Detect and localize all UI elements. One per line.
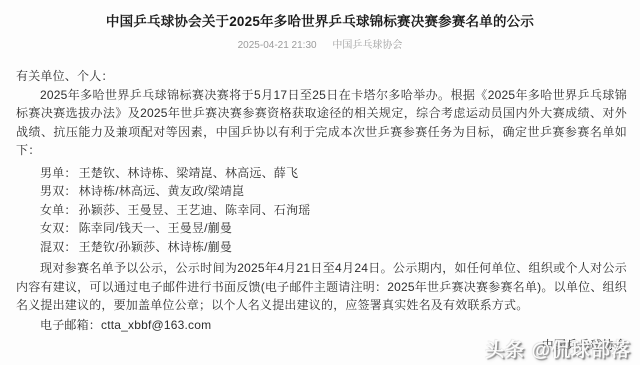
roster-category-label: 女单：: [40, 203, 77, 217]
publish-datetime: 2025-04-21 21:30: [238, 40, 317, 51]
roster-category-label: 女双：: [40, 221, 77, 235]
roster-category-label: 混双：: [40, 240, 77, 254]
roster-line-mens-doubles: 男双：林诗栋/林高远、黄友政/梁靖崑: [16, 182, 627, 201]
feedback-paragraph: 现对参赛名单予以公示，公示时间为2025年4月21日至4月24日。公示期内，如任…: [16, 259, 627, 315]
salutation: 有关单位、个人：: [16, 67, 627, 86]
roster-category-label: 男单：: [40, 166, 77, 180]
roster-line-womens-doubles: 女双：陈幸同/钱天一、王曼昱/蒯曼: [16, 219, 627, 238]
meta-line: 2025-04-21 21:30 中国乒乓球协会: [0, 39, 640, 52]
roster-names: 王楚钦/孙颖莎、林诗栋/蒯曼: [79, 240, 232, 254]
intro-paragraph: 2025年多哈世界乒乓球锦标赛决赛将于5月17日至25日在卡塔尔多哈举办。根据《…: [16, 86, 627, 160]
roster-category-label: 男双：: [40, 184, 77, 198]
roster-line-womens-singles: 女单：孙颖莎、王曼昱、王艺迪、陈幸同、石洵瑶: [16, 201, 627, 220]
toutiao-watermark: 头条 @侃球部落: [485, 335, 631, 362]
roster-line-mixed-doubles: 混双：王楚钦/孙颖莎、林诗栋/蒯曼: [16, 238, 627, 257]
roster-names: 孙颖莎、王曼昱、王艺迪、陈幸同、石洵瑶: [79, 203, 311, 217]
article-body: 有关单位、个人： 2025年多哈世界乒乓球锦标赛决赛将于5月17日至25日在卡塔…: [0, 67, 640, 355]
email-line: 电子邮箱：ctta_xbbf@163.com: [16, 316, 627, 335]
roster-list: 男单：王楚钦、林诗栋、梁靖崑、林高远、薛飞 男双：林诗栋/林高远、黄友政/梁靖崑…: [16, 164, 627, 257]
announcement-page: 中国乒乓球协会关于2025年多哈世界乒乓球锦标赛决赛参赛名单的公示 2025-0…: [0, 0, 640, 365]
roster-names: 林诗栋/林高远、黄友政/梁靖崑: [79, 184, 245, 198]
page-title: 中国乒乓球协会关于2025年多哈世界乒乓球锦标赛决赛参赛名单的公示: [0, 0, 640, 31]
publisher-name: 中国乒乓球协会: [332, 40, 402, 51]
roster-line-mens-singles: 男单：王楚钦、林诗栋、梁靖崑、林高远、薛飞: [16, 164, 627, 183]
roster-names: 陈幸同/钱天一、王曼昱/蒯曼: [79, 221, 232, 235]
roster-names: 王楚钦、林诗栋、梁靖崑、林高远、薛飞: [79, 166, 299, 180]
